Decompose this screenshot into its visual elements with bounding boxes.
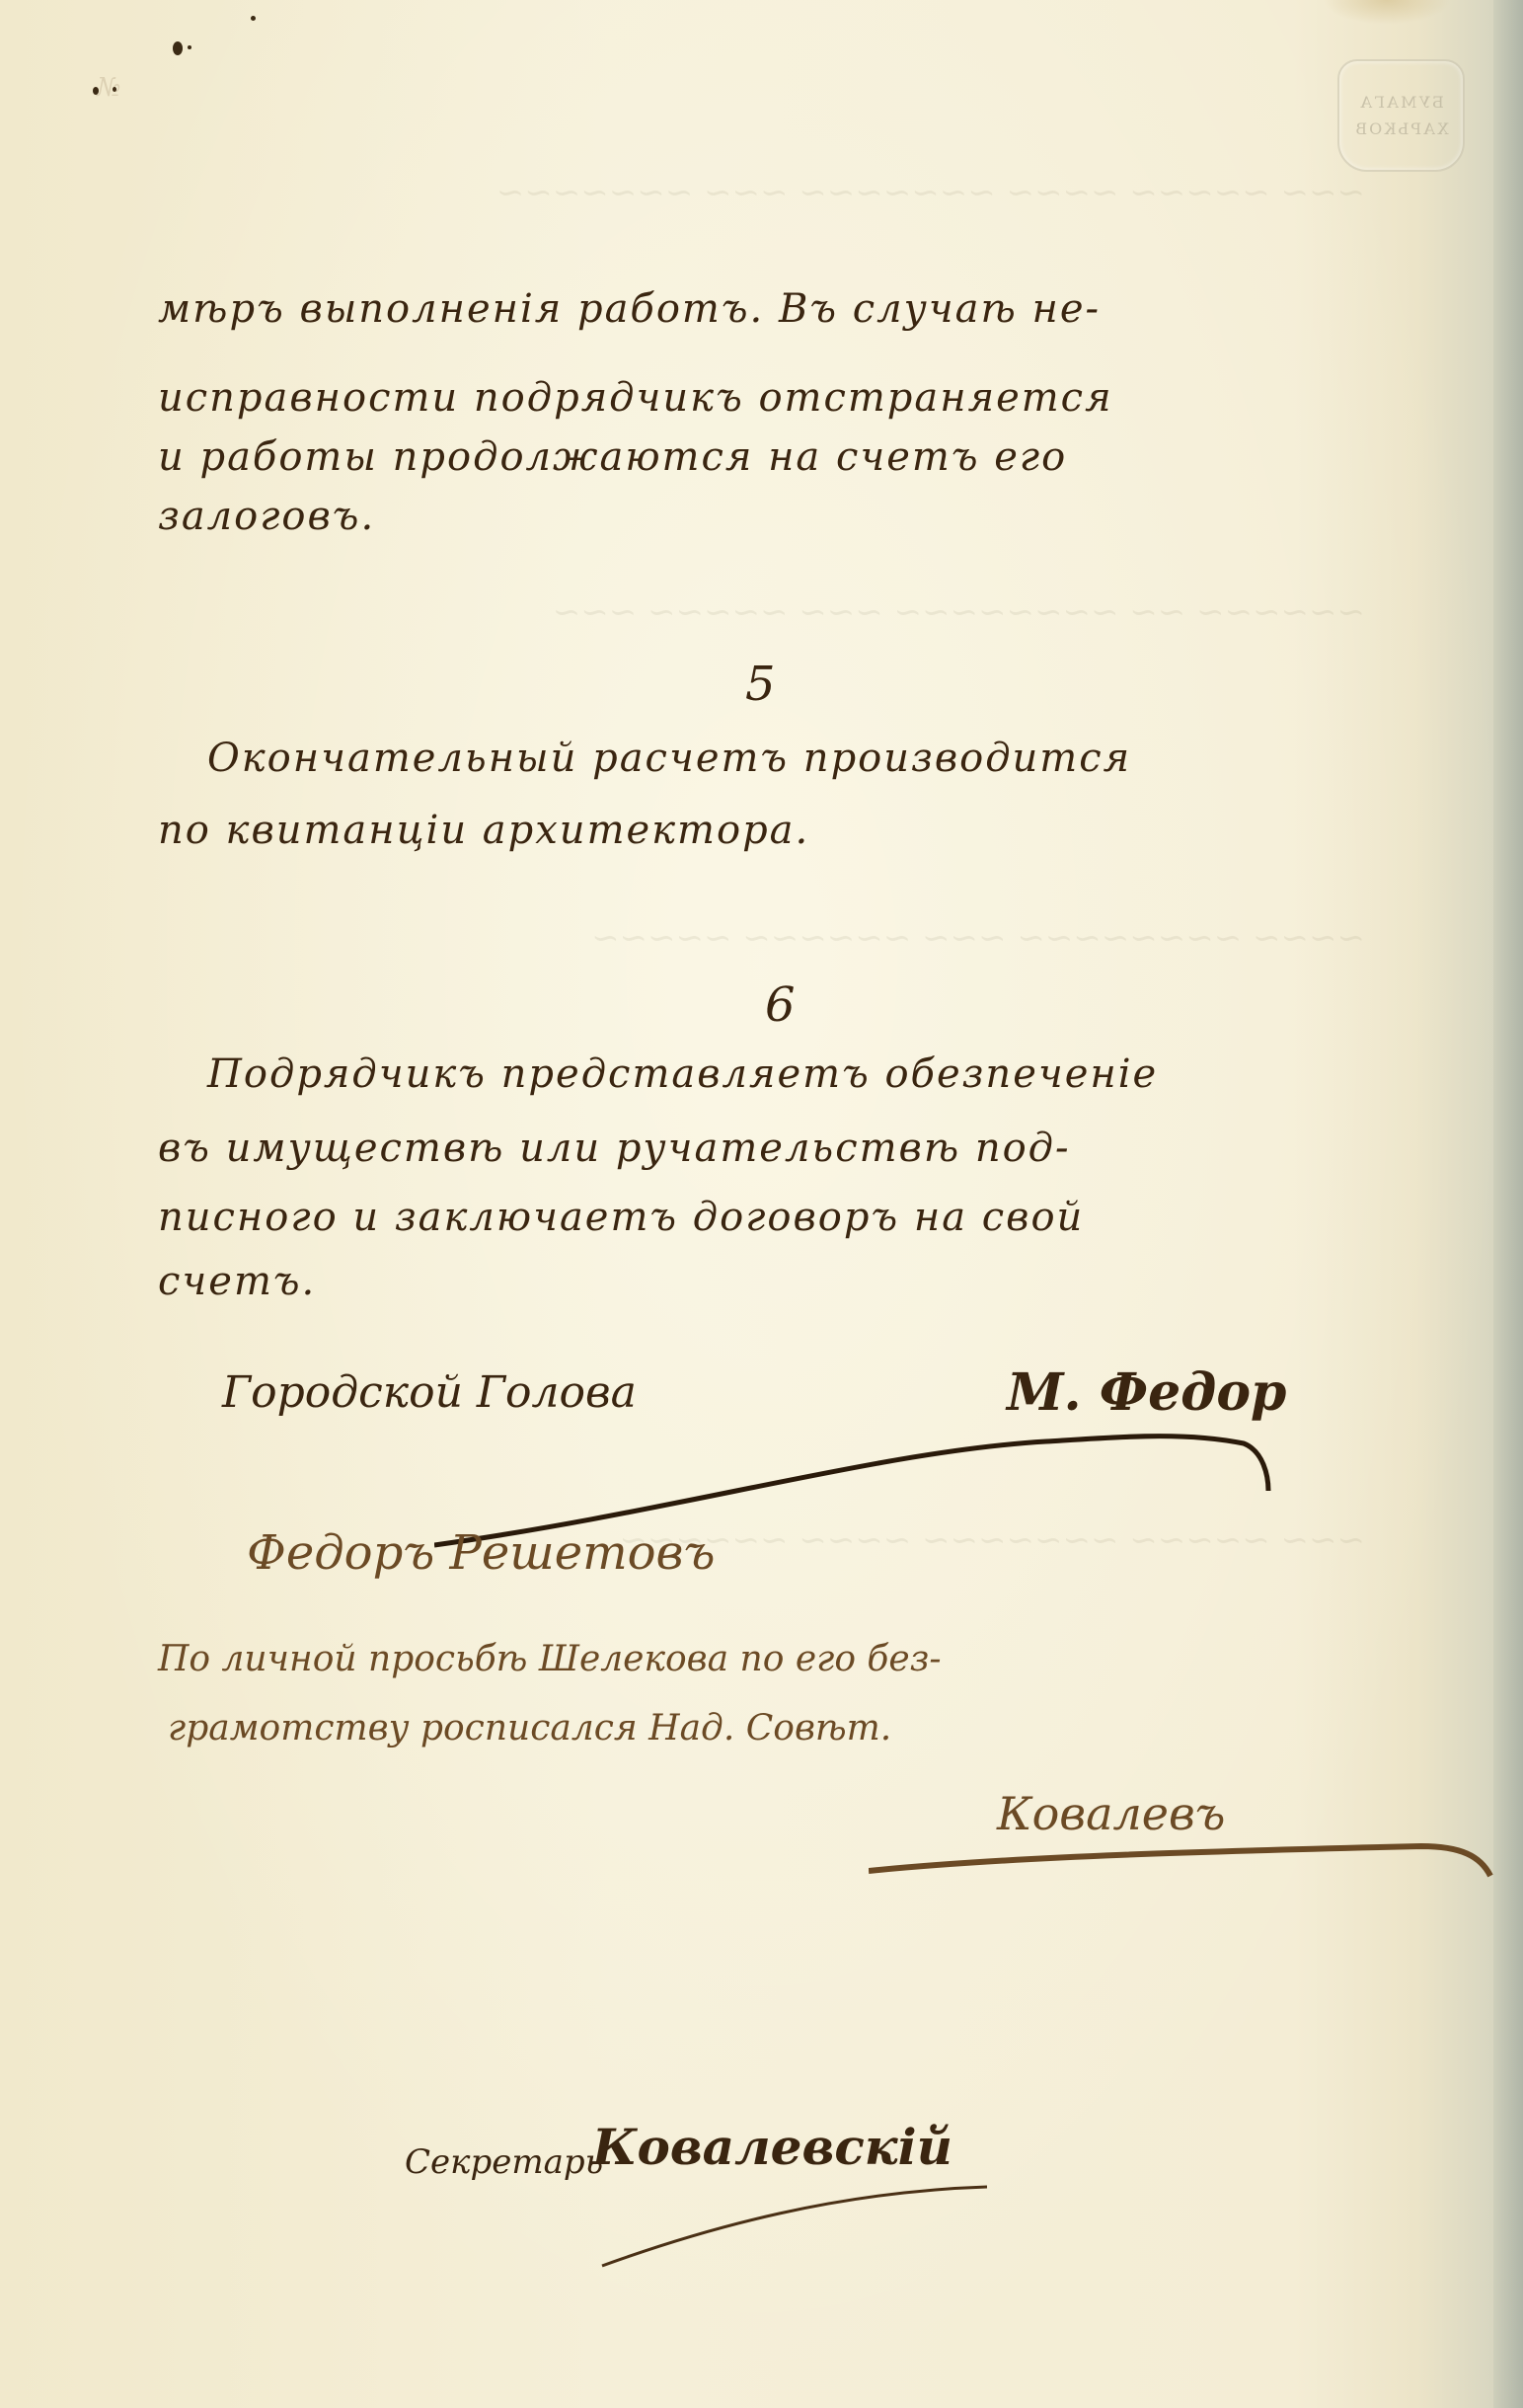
secretary-flourish — [592, 2172, 1007, 2271]
text-line: исправности подрядчикъ отстраняется — [158, 375, 1113, 421]
text-line: по квитанціи архитектора. — [158, 808, 809, 853]
text-line: Окончательный расчетъ производится — [207, 736, 1131, 781]
ink-speck — [251, 16, 256, 21]
note-line: По личной просьбѣ Шелекова по его без- — [158, 1639, 942, 1679]
mayor-label: Городской Голова — [222, 1367, 637, 1418]
text-line: и работы продолжаются на счетъ его — [158, 434, 1067, 480]
manuscript-page: ~~~ ~~~~~ ~~~~ ~~~~~~~ ~~~ ~~~~~~~ ~~~~~… — [0, 0, 1523, 2408]
bleed-through-text: ~~~ ~~~~~ ~~~~ ~~~~~~~ ~~~ ~~~~~~~ — [128, 173, 1365, 212]
contractor-signature: Федоръ Решетовъ — [247, 1525, 715, 1581]
section-number: 5 — [745, 657, 776, 712]
text-line: счетъ. — [158, 1259, 316, 1304]
text-line: залоговъ. — [158, 494, 375, 539]
secretary-label: Секретарь — [405, 2142, 603, 2182]
text-line: въ имуществѣ или ручательствѣ под- — [158, 1126, 1071, 1171]
bleed-through-text: ~~~~ ~~~~~~~~ ~~~ ~~~~~~ ~~~~~ — [128, 918, 1365, 958]
text-line: писного и заключаетъ договоръ на свой — [158, 1195, 1084, 1240]
secretary-signature: Ковалевскій — [592, 2118, 952, 2176]
note-line: грамотству росписался Над. Совѣт. — [168, 1708, 891, 1748]
section-number: 6 — [765, 977, 796, 1033]
mayor-signature: М. Федор — [1007, 1362, 1286, 1423]
corner-pencil-mark: № — [97, 73, 123, 103]
ink-speck — [173, 41, 183, 55]
page-binding-shadow — [1493, 0, 1523, 2408]
text-line: мѣръ выполненія работъ. Въ случаѣ не- — [158, 286, 1101, 332]
text-line: Подрядчикъ представляетъ обезпеченіе — [207, 1051, 1158, 1097]
paper-stain — [1323, 0, 1451, 25]
bleed-through-text: ~~~~~~ ~~ ~~~~~~~~ ~~~ ~~~~~ ~~~ — [128, 592, 1365, 632]
council-signature-underline — [869, 1817, 1500, 1886]
embossed-paper-stamp: БУМАГА ХАРЬКОВ — [1337, 59, 1465, 172]
ink-speck — [188, 45, 191, 49]
